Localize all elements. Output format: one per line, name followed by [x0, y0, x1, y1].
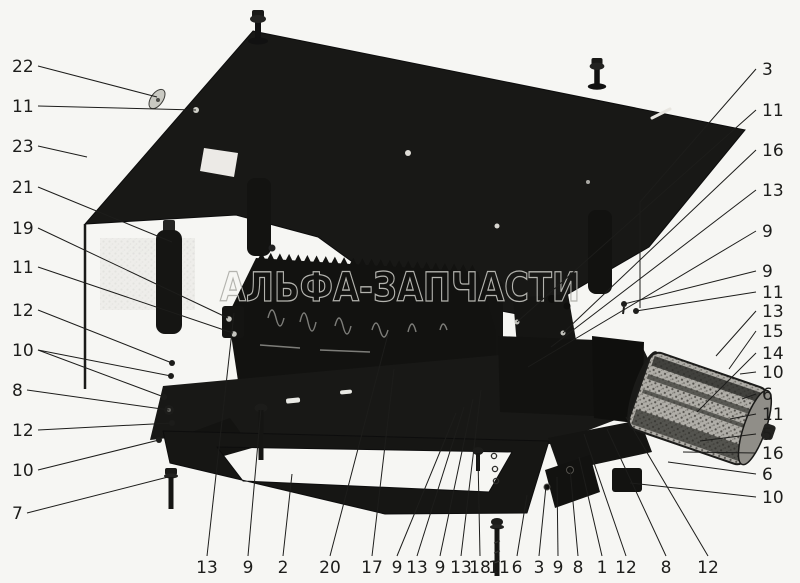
fin-screw — [269, 245, 276, 252]
callout-number: 19 — [12, 219, 34, 239]
callout-number: 3 — [534, 558, 545, 578]
callout-number: 14 — [762, 344, 784, 364]
callout-number: 12 — [12, 301, 34, 321]
callout-number: 6 — [762, 465, 773, 485]
standoff-post-right — [588, 210, 612, 294]
callout-number: 13 — [762, 302, 784, 322]
callout-number: 16 — [762, 444, 784, 464]
callout-number: 9 — [553, 558, 564, 578]
callout-number: 10 — [12, 341, 34, 361]
callout-number: 3 — [762, 60, 773, 80]
callout-number: 12 — [12, 421, 34, 441]
callout-number: 11 — [12, 258, 34, 278]
callout-number: 7 — [12, 504, 23, 524]
callout-number: 12 — [615, 558, 637, 578]
callout-number: 2 — [278, 558, 289, 578]
callout-number: 9 — [762, 222, 773, 242]
callout-number: 9 — [243, 558, 254, 578]
callout-number: 11 — [762, 405, 784, 425]
callout-number: 11 — [12, 97, 34, 117]
callout-number: 11 — [762, 283, 784, 303]
callout-number: 9 — [392, 558, 403, 578]
callout-number: 17 — [361, 558, 383, 578]
component-block — [498, 336, 596, 416]
callout-number: 6 — [512, 558, 523, 578]
exploded-view-figure: АЛЬФА-ЗАПЧАСТИ 2211232119111210812107311… — [0, 0, 800, 583]
callout-number: 10 — [762, 488, 784, 508]
callout-number: 20 — [319, 558, 341, 578]
callout-number: 13 — [406, 558, 428, 578]
callout-number: 11 — [488, 558, 510, 578]
callout-number: 13 — [196, 558, 218, 578]
callout-number: 11 — [762, 101, 784, 121]
standoff-post-left — [156, 230, 182, 334]
callout-number: 8 — [12, 381, 23, 401]
callout-number: 8 — [573, 558, 584, 578]
callout-number: 21 — [12, 178, 34, 198]
callout-number: 8 — [661, 558, 672, 578]
callout-number: 9 — [762, 262, 773, 282]
callout-number: 22 — [12, 57, 34, 77]
callout-number: 23 — [12, 137, 34, 157]
callout-number: 1 — [597, 558, 608, 578]
callout-number: 16 — [762, 141, 784, 161]
callout-number: 10 — [12, 461, 34, 481]
callout-number: 9 — [435, 558, 446, 578]
callout-number: 13 — [762, 181, 784, 201]
brand-watermark: АЛЬФА-ЗАПЧАСТИ — [220, 265, 580, 311]
callout-number: 10 — [762, 363, 784, 383]
callout-number: 5 — [762, 425, 773, 445]
cover-leg — [247, 178, 271, 256]
parts-diagram-page: АЛЬФА-ЗАПЧАСТИ 2211232119111210812107311… — [0, 0, 800, 583]
callout-number: 6 — [762, 385, 773, 405]
callout-number: 12 — [697, 558, 719, 578]
callout-number: 15 — [762, 322, 784, 342]
